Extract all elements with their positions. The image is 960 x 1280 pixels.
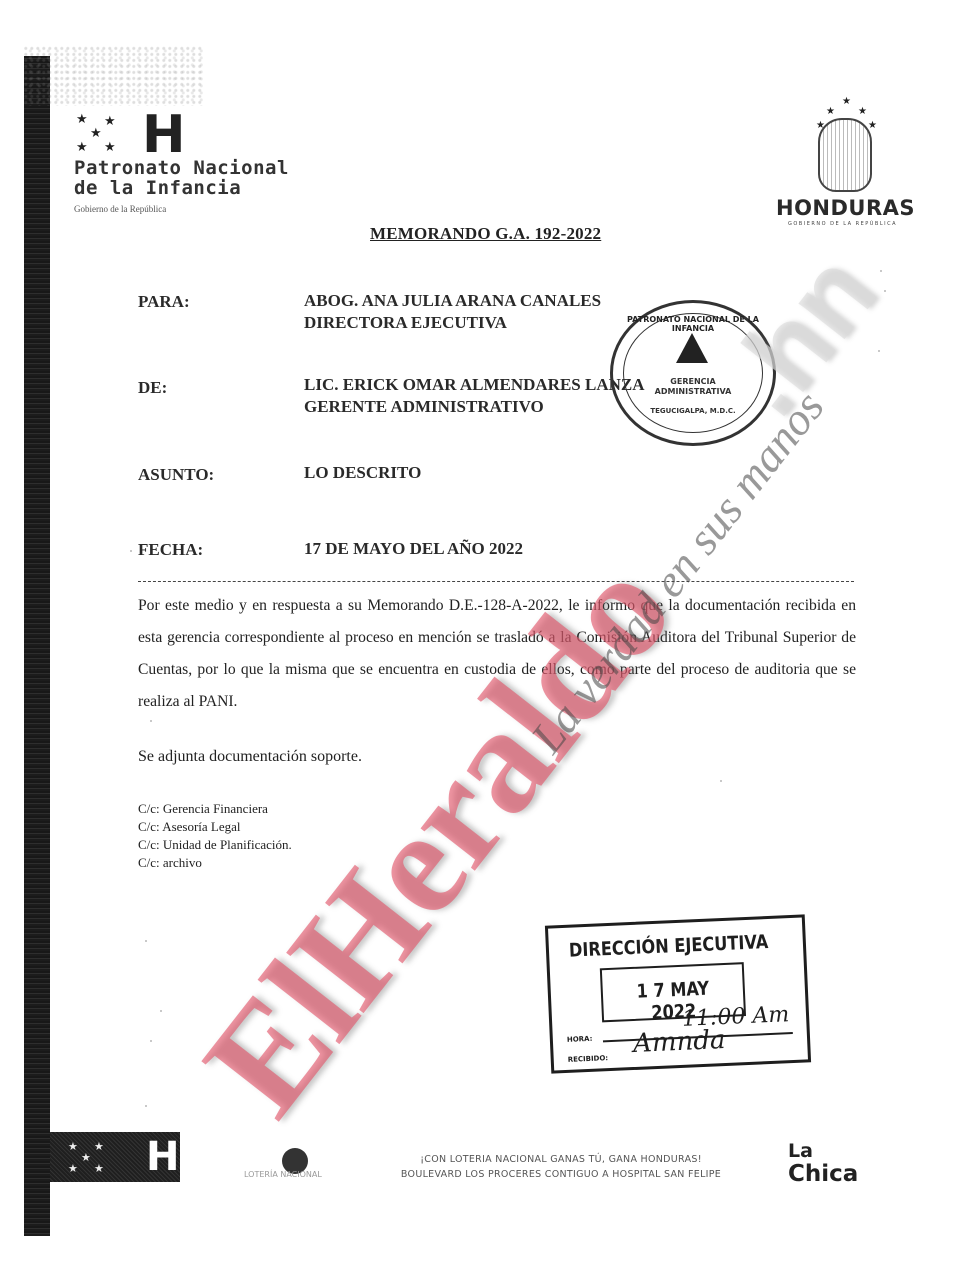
pani-h-icon: H (142, 112, 182, 158)
footer-slogan: ¡CON LOTERIA NACIONAL GANAS TÚ, GANA HON… (346, 1152, 776, 1182)
cc-item: C/c: Asesoría Legal (138, 818, 292, 836)
slogan-line1: ¡CON LOTERIA NACIONAL GANAS TÚ, GANA HON… (346, 1152, 776, 1167)
attachment-note: Se adjunta documentación soporte. (138, 748, 362, 766)
stamp-hora-label: HORA: (567, 1035, 593, 1044)
lottery-logo-text: LOTERÍA NACIONAL (244, 1170, 322, 1179)
signature: Amnda (632, 1025, 726, 1059)
field-value-de: LIC. ERICK OMAR ALMENDARES LANZA GERENTE… (304, 374, 645, 418)
field-label-fecha: FECHA: (138, 540, 203, 560)
cc-list: C/c: Gerencia Financiera C/c: Asesoría L… (138, 800, 292, 872)
footer-pani-flag: ★ ★ ★ ★ ★ H (50, 1132, 180, 1182)
brand-line2: Chica (788, 1163, 858, 1185)
reception-stamp: DIRECCIÓN EJECUTIVA 1 7 MAY 2022 HORA: 1… (545, 914, 811, 1073)
country-subtitle: GOBIERNO DE LA REPÚBLICA (788, 221, 897, 227)
field-label-para: PARA: (138, 292, 190, 312)
org-name-line2: de la Infancia (74, 178, 289, 198)
org-subtitle: Gobierno de la República (74, 204, 166, 214)
scan-binding-edge (24, 56, 50, 1236)
stars-icon: ★ ★ ★ ★ ★ (64, 1138, 134, 1176)
lottery-logo: LOTERÍA NACIONAL (244, 1148, 334, 1188)
recipient-title: DIRECTORA EJECUTIVA (304, 312, 601, 334)
sender-title: GERENTE ADMINISTRATIVO (304, 396, 645, 418)
slogan-address: BOULEVARD LOS PROCERES CONTIGUO A HOSPIT… (346, 1167, 776, 1182)
field-label-asunto: ASUNTO: (138, 465, 214, 485)
coat-of-arms-icon (818, 118, 872, 192)
pani-h-icon: H (146, 1138, 174, 1176)
separator-line (138, 581, 854, 582)
org-name-line1: Patronato Nacional (74, 158, 289, 178)
field-value-para: ABOG. ANA JULIA ARANA CANALES DIRECTORA … (304, 290, 601, 334)
sender-name: LIC. ERICK OMAR ALMENDARES LANZA (304, 374, 645, 396)
cc-item: C/c: archivo (138, 854, 292, 872)
field-value-asunto: LO DESCRITO (304, 462, 421, 484)
stars-icon: ★ ★ ★ ★ ★ (74, 112, 134, 154)
recipient-name: ABOG. ANA JULIA ARANA CANALES (304, 290, 601, 312)
org-name: Patronato Nacional de la Infancia (74, 158, 289, 198)
honduras-logo: ★ ★ ★ ★ ★ HONDURAS GOBIERNO DE LA REPÚBL… (770, 96, 920, 236)
stamp-title: DIRECCIÓN EJECUTIVA (569, 931, 769, 962)
country-name: HONDURAS (776, 196, 915, 220)
cc-item: C/c: Gerencia Financiera (138, 800, 292, 818)
cc-item: C/c: Unidad de Planificación. (138, 836, 292, 854)
scan-noise (24, 46, 204, 106)
memo-title: MEMORANDO G.A. 192-2022 (370, 224, 601, 244)
stamp-recibido-label: RECIBIDO: (568, 1054, 609, 1064)
field-value-fecha: 17 DE MAYO DEL AÑO 2022 (304, 538, 523, 560)
brand-line1: La (788, 1140, 813, 1162)
la-chica-logo: La Chica (788, 1140, 858, 1185)
seal-bottom-text: TEGUCIGALPA, M.D.C. (613, 407, 773, 415)
field-label-de: DE: (138, 378, 167, 398)
